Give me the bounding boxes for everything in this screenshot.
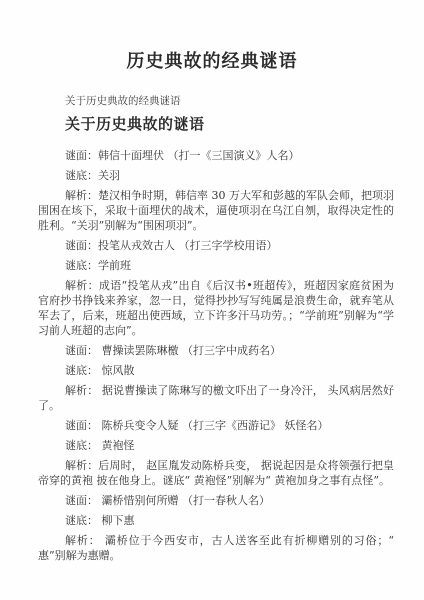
- riddle-block-5: 谜面： 灞桥惜别何所赠 （打一春秋人名） 谜底： 柳下惠 解析： 灞桥位于今西安…: [38, 493, 394, 563]
- riddle-block-2: 谜面：投笔从戎效古人 （打三字学校用语） 谜底：学前班 解析：成语“投笔从戎”出…: [38, 238, 394, 338]
- riddle-answer: 谜底：学前班: [38, 258, 394, 273]
- riddle-question: 谜面：投笔从戎效古人 （打三字学校用语）: [38, 238, 394, 253]
- riddle-answer: 谜底： 柳下惠: [38, 513, 394, 528]
- riddle-explanation: 解析： 据说曹操读了陈琳写的檄文吓出了一身冷汗， 头风病居然好了。: [38, 383, 394, 413]
- section-heading: 关于历史典故的谜语: [65, 114, 394, 134]
- riddle-answer: 谜底：关羽: [38, 168, 394, 183]
- riddle-question: 谜面：韩信十面埋伏 （打一《三国演义》人名）: [38, 148, 394, 163]
- riddle-question: 谜面： 陈桥兵变令人疑 （打三字《西游记》 妖怪名）: [38, 418, 394, 433]
- riddle-block-1: 谜面：韩信十面埋伏 （打一《三国演义》人名） 谜底：关羽 解析：楚汉相争时期，韩…: [38, 148, 394, 233]
- document-title: 历史典故的经典谜语: [30, 0, 394, 74]
- riddle-explanation: 解析：成语“投笔从戎”出自《后汉书•班超传》，班超因家庭贫困为官府抄书挣钱来养家…: [38, 278, 394, 338]
- riddle-block-4: 谜面： 陈桥兵变令人疑 （打三字《西游记》 妖怪名） 谜底： 黄袍怪 解析：后周…: [38, 418, 394, 488]
- riddle-block-3: 谜面： 曹操读罢陈琳檄 （打三字中成药名） 谜底： 惊风散 解析： 据说曹操读了…: [38, 343, 394, 413]
- riddle-explanation: 解析：后周时， 赵匡胤发动陈桥兵变， 据说起因是众将领强行把皇帝穿的黄袍 披在他…: [38, 458, 394, 488]
- riddle-answer: 谜底： 黄袍怪: [38, 438, 394, 453]
- riddle-question: 谜面： 曹操读罢陈琳檄 （打三字中成药名）: [38, 343, 394, 358]
- riddle-answer: 谜底： 惊风散: [38, 363, 394, 378]
- riddle-explanation: 解析：楚汉相争时期，韩信率 30 万大军和彭越的军队会师，把项羽围困在垓下，采取…: [38, 188, 394, 233]
- document-page: 历史典故的经典谜语 关于历史典故的经典谜语 关于历史典故的谜语 谜面：韩信十面埋…: [0, 0, 424, 600]
- riddle-question: 谜面： 灞桥惜别何所赠 （打一春秋人名）: [38, 493, 394, 508]
- document-subtitle: 关于历史典故的经典谜语: [65, 95, 394, 108]
- riddle-explanation: 解析： 灞桥位于今西安市，古人送客至此有折柳赠别的习俗；“ 惠”别解为惠赠。: [38, 533, 394, 563]
